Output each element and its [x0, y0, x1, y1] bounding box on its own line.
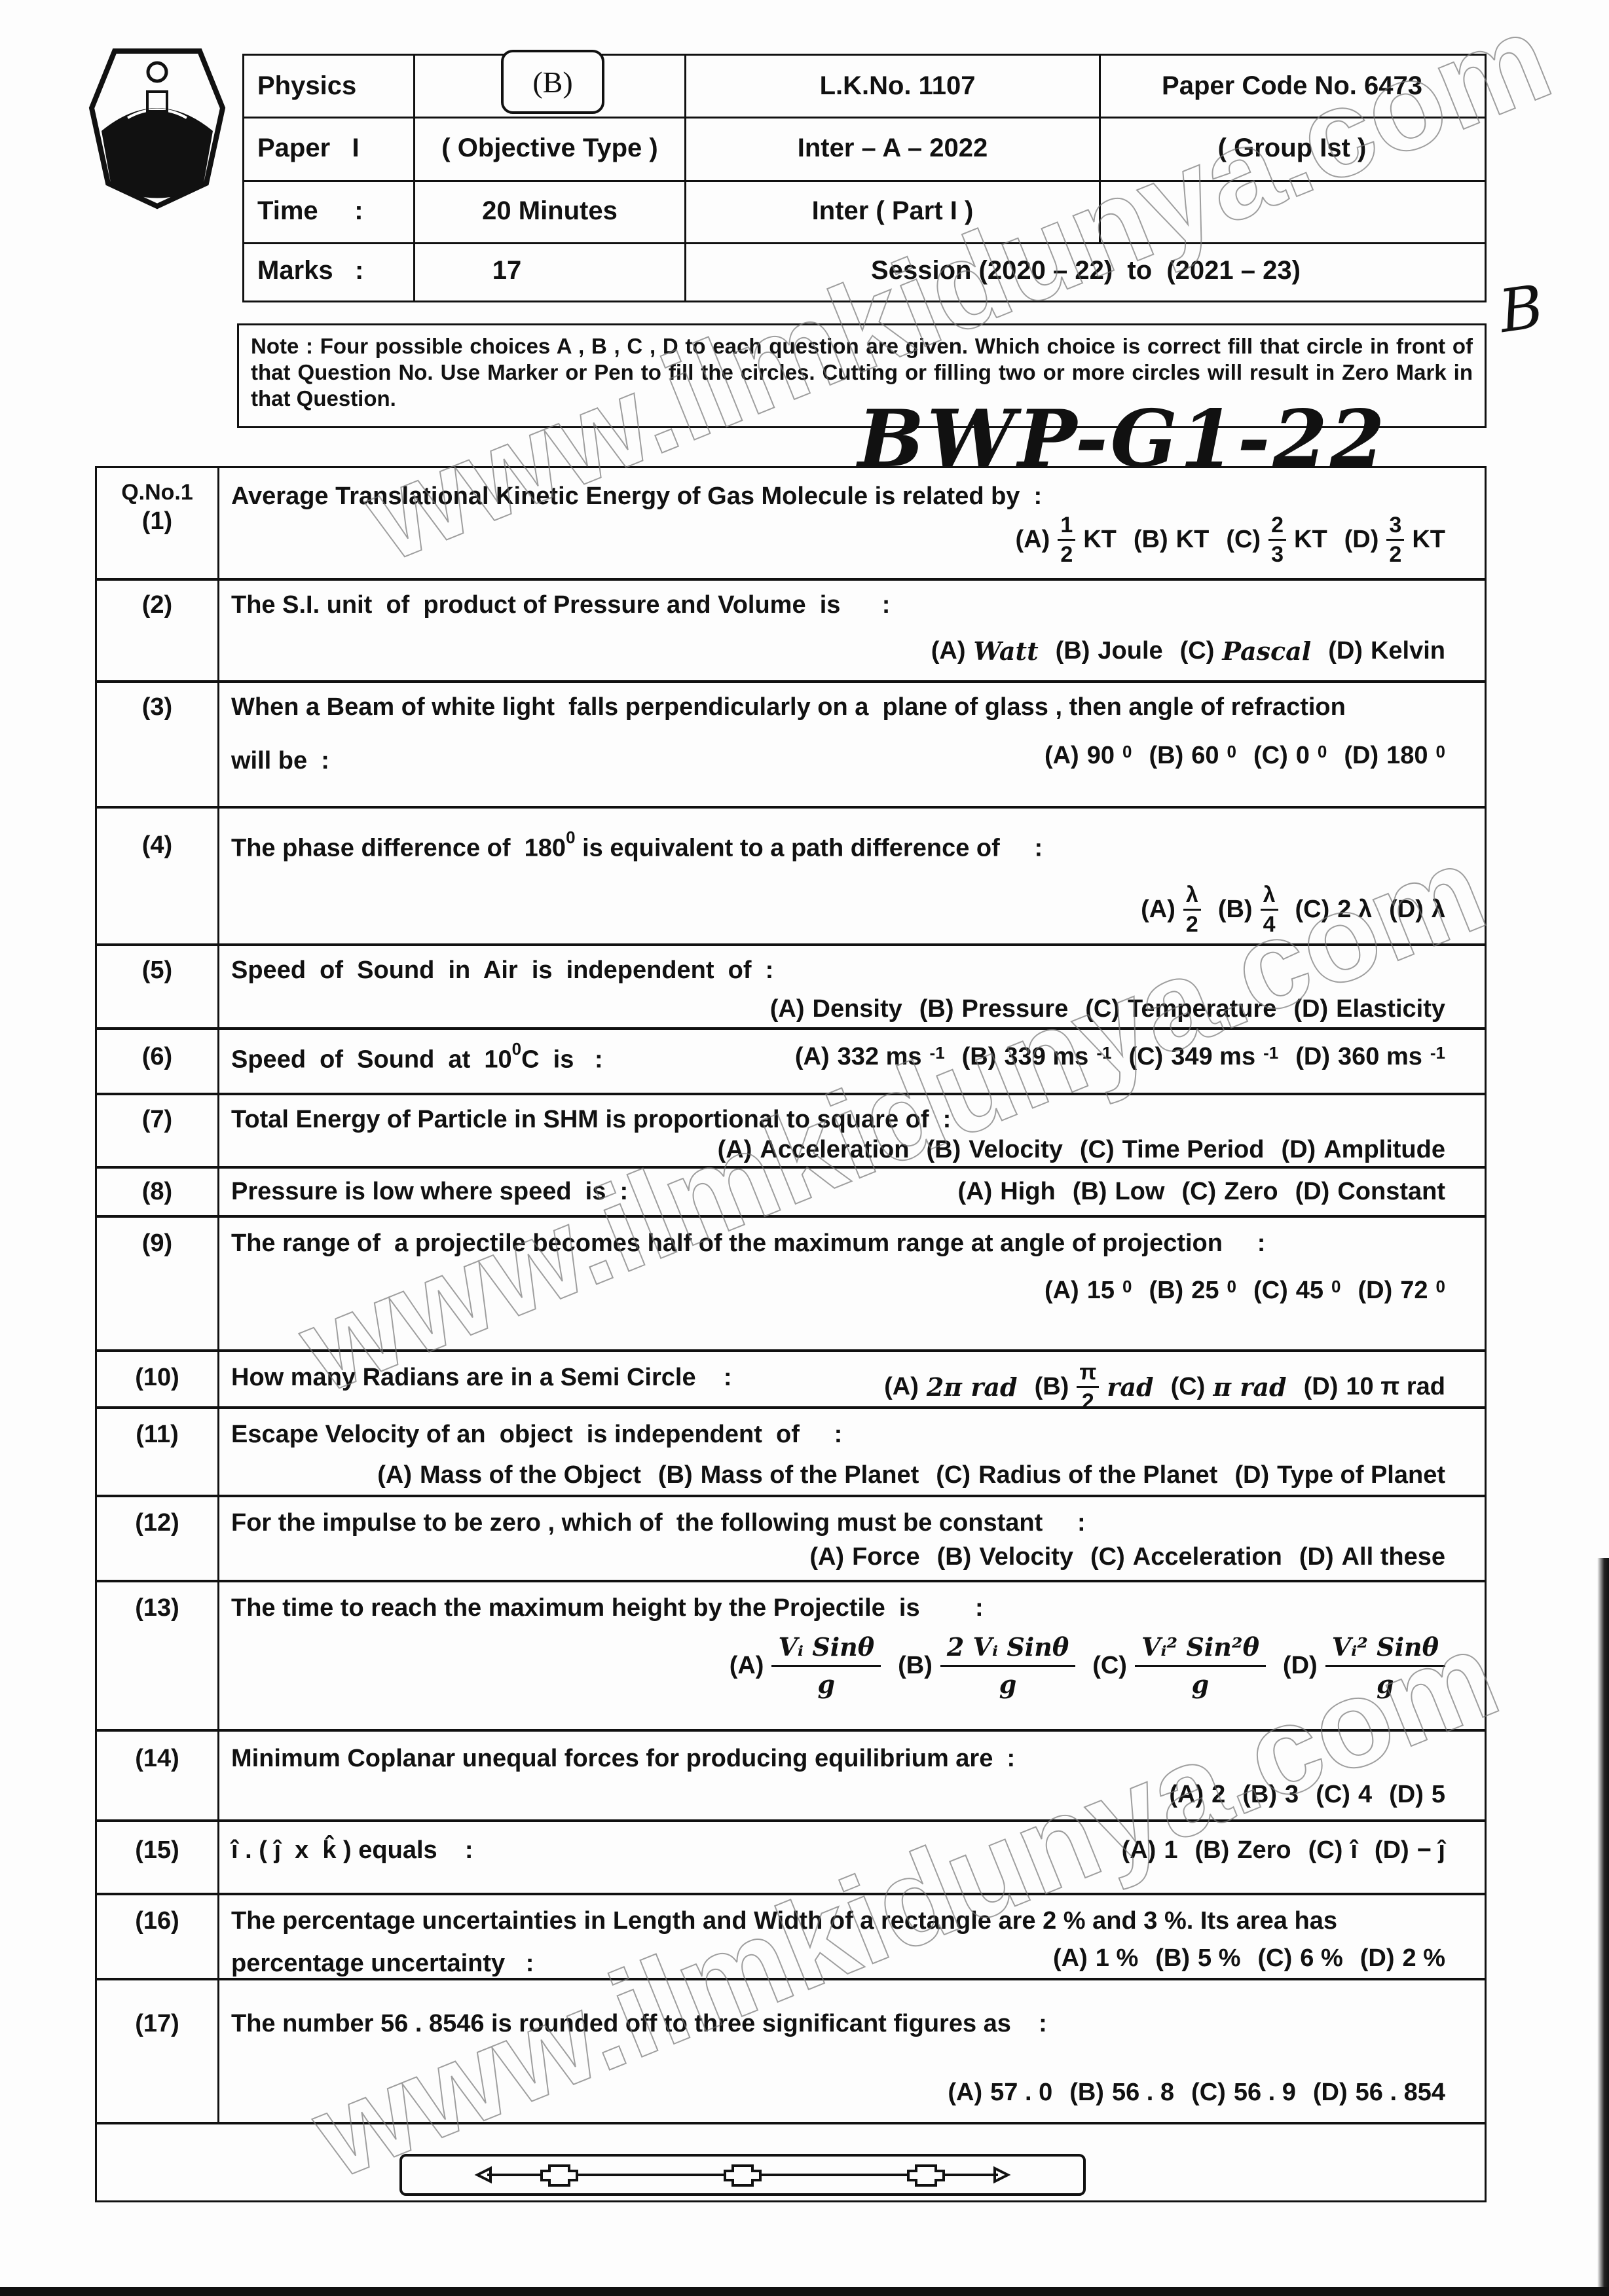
option-value: î	[1350, 1836, 1358, 1865]
option-value: Density	[813, 995, 902, 1023]
question-text: The percentage uncertainties in Length a…	[231, 1907, 1337, 1935]
answer-option[interactable]: (D)λ	[1389, 896, 1445, 924]
exam-name: Inter – A – 2022	[686, 117, 1099, 180]
option-value: Amplitude	[1323, 1136, 1445, 1164]
option-fraction: λ4	[1261, 884, 1278, 936]
fraction-numerator: λ	[1183, 884, 1201, 911]
option-label: (B)	[1035, 1373, 1069, 1401]
answer-option[interactable]: (C)450	[1253, 1277, 1341, 1305]
question-number: (17)	[97, 2010, 217, 2038]
question-text: Speed of Sound at 100C is :	[231, 1043, 603, 1074]
option-label: (A)	[1141, 896, 1175, 924]
option-value: 90	[1087, 742, 1115, 770]
marks-value: 17	[415, 244, 599, 297]
option-superscript: 0	[1436, 1277, 1445, 1297]
answer-option[interactable]: (D)− ĵ	[1375, 1836, 1445, 1865]
question-number: (16)	[97, 1907, 217, 1935]
answer-option[interactable]: (C)î	[1308, 1836, 1358, 1865]
answer-option[interactable]: (C)6 %	[1258, 1944, 1343, 1973]
answer-option[interactable]: (B)Mass of the Planet	[658, 1461, 919, 1489]
fraction-denominator: g	[1377, 1667, 1394, 1697]
answer-option[interactable]: (B)KT	[1134, 526, 1209, 554]
answer-option[interactable]: (B)56 . 8	[1069, 2079, 1174, 2107]
option-value: 360 ms	[1338, 1043, 1422, 1071]
footer-ornament	[399, 2154, 1086, 2196]
option-label: (D)	[1358, 1277, 1392, 1305]
option-value: 2 %	[1403, 1944, 1445, 1973]
option-label: (C)	[1253, 1277, 1288, 1305]
option-value: 1	[1164, 1836, 1177, 1865]
option-superscript: 0	[1122, 742, 1132, 762]
question-row: (8)Pressure is low where speed is :(A)Hi…	[97, 1169, 1485, 1218]
option-value: Kelvin	[1371, 637, 1445, 665]
option-label: (D)	[1234, 1461, 1269, 1489]
answer-options: (A)λ2(B)λ4(C)2 λ(D)λ	[1141, 884, 1445, 936]
option-label: (C)	[1226, 526, 1261, 554]
question-number: (4)	[97, 831, 217, 860]
option-value: Velocity	[969, 1136, 1063, 1164]
option-value: Mass of the Planet	[701, 1461, 919, 1489]
paper-type: ( Objective Type )	[415, 117, 684, 180]
option-value: Joule	[1098, 637, 1162, 665]
option-value: Acceleration	[760, 1136, 909, 1164]
option-value: Velocity	[979, 1543, 1073, 1571]
answer-option[interactable]: (B)Velocity	[926, 1136, 1062, 1164]
option-value: 6 %	[1300, 1944, 1342, 1973]
question-row: (1)Average Translational Kinetic Energy …	[97, 468, 1485, 581]
answer-option[interactable]: (C)π rad	[1171, 1372, 1287, 1402]
option-fraction: Vᵢ² Sinθg	[1325, 1635, 1445, 1697]
question-number: (9)	[97, 1230, 217, 1258]
answer-option[interactable]: (C)23KT	[1226, 514, 1327, 566]
answer-options: (A)Force(B)Velocity(C)Acceleration(D)All…	[809, 1543, 1445, 1571]
option-label: (A)	[1016, 526, 1050, 554]
fraction-numerator: Vᵢ² Sin²θ	[1135, 1635, 1266, 1667]
option-superscript: 0	[1227, 1277, 1236, 1297]
question-text: Escape Velocity of an object is independ…	[231, 1421, 842, 1449]
question-row: (16)The percentage uncertainties in Leng…	[97, 1895, 1485, 1980]
fraction-denominator: 4	[1263, 911, 1276, 936]
option-label: (B)	[898, 1652, 933, 1680]
option-label: (C)	[1085, 995, 1120, 1023]
option-fraction: 12	[1058, 514, 1075, 566]
option-value: Elasticity	[1336, 995, 1445, 1023]
answer-option[interactable]: (B)Zero	[1194, 1836, 1291, 1865]
option-label: (C)	[1191, 2079, 1226, 2107]
question-number: (15)	[97, 1836, 217, 1865]
answer-option[interactable]: (A)2π rad	[884, 1372, 1017, 1402]
question-text-continued: percentage uncertainty :	[231, 1950, 534, 1978]
question-row: (11)Escape Velocity of an object is inde…	[97, 1409, 1485, 1497]
question-row: (7)Total Energy of Particle in SHM is pr…	[97, 1095, 1485, 1169]
option-label: (A)	[1169, 1781, 1204, 1809]
question-number: (1)	[97, 507, 217, 536]
option-label: (D)	[1295, 1178, 1330, 1206]
answer-option[interactable]: (B)Low	[1073, 1178, 1165, 1206]
option-label: (D)	[1283, 1652, 1318, 1680]
board-logo-icon	[88, 46, 226, 210]
answer-option[interactable]: (B)Pressure	[919, 995, 1068, 1023]
session: Session (2020 – 22) to (2021 – 23)	[686, 244, 1485, 297]
question-row: (9)The range of a projectile becomes hal…	[97, 1218, 1485, 1352]
option-label: (D)	[1328, 637, 1363, 665]
option-label: (C)	[1258, 1944, 1293, 1973]
answer-option[interactable]: (C)56 . 9	[1191, 2079, 1296, 2107]
answer-option[interactable]: (D)Amplitude	[1281, 1136, 1445, 1164]
question-row: (5)Speed of Sound in Air is independent …	[97, 946, 1485, 1030]
option-value: λ	[1432, 896, 1445, 924]
question-row: (17)The number 56 . 8546 is rounded off …	[97, 1980, 1485, 2124]
question-number: (8)	[97, 1178, 217, 1206]
option-value: 25	[1191, 1277, 1219, 1305]
option-fraction: 2 Vᵢ Sinθg	[940, 1635, 1075, 1697]
fraction-numerator: Vᵢ² Sinθ	[1325, 1635, 1445, 1667]
answer-option[interactable]: (A)12KT	[1016, 514, 1117, 566]
option-value: 339 ms	[1004, 1043, 1088, 1071]
question-text: Pressure is low where speed is :	[231, 1178, 628, 1206]
group: ( Group Ist )	[1099, 117, 1485, 180]
answer-options: (A)2(B)3(C)4(D)5	[1169, 1781, 1445, 1809]
fraction-numerator: 1	[1058, 514, 1075, 541]
option-value: 332 ms	[838, 1043, 922, 1071]
question-text: Total Energy of Particle in SHM is propo…	[231, 1106, 951, 1134]
answer-option[interactable]: (A)150	[1045, 1277, 1132, 1305]
option-label: (A)	[730, 1652, 764, 1680]
option-value: 15	[1087, 1277, 1115, 1305]
answer-option[interactable]: (A)900	[1045, 742, 1132, 770]
fraction-denominator: g	[1192, 1667, 1210, 1697]
answer-options: (A)Density(B)Pressure(C)Temperature(D)El…	[770, 995, 1445, 1023]
question-row: (13)The time to reach the maximum height…	[97, 1582, 1485, 1732]
option-label: (C)	[1128, 1043, 1163, 1071]
question-number: (12)	[97, 1509, 217, 1537]
fraction-denominator: 2	[1060, 541, 1073, 566]
option-value: Acceleration	[1133, 1543, 1282, 1571]
option-label: (A)	[1045, 742, 1079, 770]
question-text: How many Radians are in a Semi Circle :	[231, 1364, 732, 1392]
question-number: (14)	[97, 1745, 217, 1773]
subject: Physics	[257, 56, 356, 117]
option-suffix: rad	[1107, 1372, 1153, 1402]
answer-option[interactable]: (C)2 λ	[1295, 896, 1373, 924]
option-value: 2π rad	[927, 1372, 1018, 1402]
option-label: (B)	[926, 1136, 961, 1164]
option-value: Force	[852, 1543, 919, 1571]
answer-option[interactable]: (D)720	[1358, 1277, 1445, 1305]
question-text: The range of a projectile becomes half o…	[231, 1230, 1265, 1258]
answer-option[interactable]: (D)56 . 854	[1313, 2079, 1445, 2107]
option-label: (C)	[1090, 1543, 1125, 1571]
option-label: (A)	[770, 995, 805, 1023]
option-label: (B)	[658, 1461, 693, 1489]
option-label: (B)	[1149, 742, 1183, 770]
option-value: 3	[1285, 1781, 1299, 1809]
option-fraction: π2	[1077, 1361, 1099, 1413]
option-label: (B)	[1155, 1944, 1190, 1973]
answer-option[interactable]: (D)32KT	[1344, 514, 1445, 566]
option-value: 5 %	[1198, 1944, 1240, 1973]
answer-options: (A)1 %(B)5 %(C)6 %(D)2 %	[1053, 1944, 1445, 1973]
question-row: (4)The phase difference of 1800 is equiv…	[97, 809, 1485, 946]
question-text: î . ( ĵ x k̂ ) equals :	[231, 1836, 473, 1865]
answer-option[interactable]: (B)Velocity	[937, 1543, 1073, 1571]
answer-option[interactable]: (B)2 Vᵢ Sinθg	[898, 1635, 1075, 1697]
question-row: (14)Minimum Coplanar unequal forces for …	[97, 1732, 1485, 1822]
option-label: (A)	[1045, 1277, 1079, 1305]
option-value: 72	[1400, 1277, 1428, 1305]
answer-option[interactable]: (A)332 ms-1	[795, 1043, 945, 1071]
option-label: (B)	[1069, 2079, 1104, 2107]
question-row: (6)Speed of Sound at 100C is :(A)332 ms-…	[97, 1030, 1485, 1095]
time-value: 20 Minutes	[415, 180, 684, 242]
option-label: (A)	[931, 637, 966, 665]
answer-options: (A)12KT(B)KT(C)23KT(D)32KT	[1016, 514, 1445, 566]
answer-option[interactable]: (B)5 %	[1155, 1944, 1240, 1973]
answer-option[interactable]: (C)Pascal	[1180, 636, 1312, 666]
question-row: (12)For the impulse to be zero , which o…	[97, 1497, 1485, 1582]
answer-options: (A)1(B)Zero(C)î(D)− ĵ	[1122, 1836, 1445, 1865]
option-value: Constant	[1337, 1178, 1445, 1206]
option-value: 349 ms	[1171, 1043, 1255, 1071]
option-label: (B)	[962, 1043, 997, 1071]
option-label: (A)	[948, 2079, 982, 2107]
option-label: (D)	[1389, 896, 1424, 924]
question-text: The phase difference of 1800 is equivale…	[231, 831, 1043, 863]
answer-option[interactable]: (C)Acceleration	[1090, 1543, 1282, 1571]
answer-option[interactable]: (A)Watt	[931, 636, 1039, 666]
question-text: Minimum Coplanar unequal forces for prod…	[231, 1745, 1015, 1773]
option-value: 0	[1296, 742, 1310, 770]
answer-option[interactable]: (C)00	[1253, 742, 1327, 770]
question-text: The time to reach the maximum height by …	[231, 1594, 984, 1622]
fraction-denominator: 2	[1389, 541, 1401, 566]
answer-option[interactable]: (C)4	[1316, 1781, 1372, 1809]
answer-options: (A)Mass of the Object(B)Mass of the Plan…	[377, 1461, 1445, 1489]
fraction-denominator: g	[999, 1667, 1017, 1697]
answer-options: (A)57 . 0(B)56 . 8(C)56 . 9(D)56 . 854	[948, 2079, 1445, 2107]
option-label: (C)	[1181, 1178, 1216, 1206]
answer-option[interactable]: (A)2	[1169, 1781, 1225, 1809]
option-label: (C)	[1253, 742, 1288, 770]
question-number: (3)	[97, 693, 217, 721]
question-text: When a Beam of white light falls perpend…	[231, 693, 1346, 721]
answer-option[interactable]: (C)Zero	[1181, 1178, 1278, 1206]
answer-options: (A)Acceleration(B)Velocity(C)Time Period…	[718, 1136, 1445, 1164]
fraction-numerator: Vᵢ Sinθ	[771, 1635, 881, 1667]
option-label: (C)	[1180, 637, 1215, 665]
answer-option[interactable]: (D)All these	[1299, 1543, 1445, 1571]
answer-option[interactable]: (A)Mass of the Object	[377, 1461, 641, 1489]
answer-option[interactable]: (B)λ4	[1218, 884, 1278, 936]
option-superscript: -1	[1430, 1043, 1445, 1063]
answer-option[interactable]: (D)1800	[1344, 742, 1445, 770]
paper-label: Paper I	[257, 117, 360, 180]
question-number: (7)	[97, 1106, 217, 1134]
option-label: (A)	[958, 1178, 993, 1206]
scan-bottom-edge	[0, 2287, 1609, 2296]
answer-option[interactable]: (A)Vᵢ Sinθg	[730, 1635, 881, 1697]
option-value: Zero	[1237, 1836, 1291, 1865]
option-label: (B)	[1194, 1836, 1229, 1865]
option-value: 1 %	[1096, 1944, 1138, 1973]
option-value: Mass of the Object	[420, 1461, 641, 1489]
answer-option[interactable]: (B)Joule	[1056, 637, 1163, 665]
fraction-denominator: 2	[1186, 911, 1198, 936]
answer-option[interactable]: (D)2 %	[1360, 1944, 1445, 1973]
option-label: (B)	[1218, 896, 1253, 924]
answer-option[interactable]: (A)1	[1122, 1836, 1178, 1865]
option-label: (A)	[1053, 1944, 1088, 1973]
option-label: (C)	[1295, 896, 1330, 924]
time-label: Time :	[257, 180, 363, 242]
option-label: (D)	[1295, 1043, 1330, 1071]
answer-options: (A)332 ms-1(B)339 ms-1(C)349 ms-1(D)360 …	[795, 1043, 1445, 1071]
option-label: (B)	[1134, 526, 1168, 554]
option-label: (D)	[1375, 1836, 1409, 1865]
answer-option[interactable]: (C)Temperature	[1085, 995, 1276, 1023]
option-value: Time Period	[1122, 1136, 1265, 1164]
option-value: Pressure	[962, 995, 1069, 1023]
answer-option[interactable]: (B)600	[1149, 742, 1236, 770]
option-label: (A)	[795, 1043, 830, 1071]
option-label: (D)	[1281, 1136, 1316, 1164]
option-suffix: KT	[1083, 526, 1117, 554]
option-value: Low	[1115, 1178, 1164, 1206]
option-label: (A)	[1122, 1836, 1156, 1865]
question-text: The S.I. unit of product of Pressure and…	[231, 591, 890, 619]
option-superscript: 0	[1122, 1277, 1132, 1297]
option-value: 2	[1211, 1781, 1225, 1809]
answer-option[interactable]: (D)Constant	[1295, 1178, 1445, 1206]
option-label: (C)	[1080, 1136, 1115, 1164]
option-value: Pascal	[1222, 636, 1311, 666]
option-suffix: KT	[1412, 526, 1445, 554]
option-superscript: 0	[1436, 742, 1445, 762]
option-label: (A)	[809, 1543, 844, 1571]
answer-option[interactable]: (A)Density	[770, 995, 902, 1023]
option-label: (B)	[1149, 1277, 1183, 1305]
answer-option[interactable]: (C)349 ms-1	[1128, 1043, 1278, 1071]
fraction-numerator: λ	[1261, 884, 1278, 911]
question-number: (10)	[97, 1364, 217, 1392]
option-value: 4	[1358, 1781, 1372, 1809]
option-label: (C)	[1092, 1652, 1127, 1680]
answer-option[interactable]: (A)57 . 0	[948, 2079, 1052, 2107]
answer-option[interactable]: (B)339 ms-1	[962, 1043, 1112, 1071]
answer-option[interactable]: (B)250	[1149, 1277, 1236, 1305]
answer-option[interactable]: (D)10 π rad	[1304, 1373, 1445, 1401]
option-value: 57 . 0	[990, 2079, 1052, 2107]
option-label: (C)	[1316, 1781, 1350, 1809]
question-number: (2)	[97, 591, 217, 619]
option-value: 56 . 8	[1112, 2079, 1174, 2107]
answer-option[interactable]: (A)Force	[809, 1543, 919, 1571]
option-value: 10 π rad	[1346, 1373, 1445, 1401]
option-superscript: -1	[1096, 1043, 1111, 1063]
option-value: 56 . 9	[1234, 2079, 1296, 2107]
marks-label: Marks :	[257, 244, 363, 297]
option-value: Zero	[1224, 1178, 1278, 1206]
fraction-numerator: 2 Vᵢ Sinθ	[940, 1635, 1075, 1667]
option-value: Type of Planet	[1277, 1461, 1445, 1489]
answer-options: (A)High(B)Low(C)Zero(D)Constant	[958, 1178, 1446, 1206]
option-label: (C)	[1308, 1836, 1343, 1865]
scan-edge	[1597, 1558, 1609, 2296]
option-superscript: 0	[1318, 742, 1327, 762]
option-label: (D)	[1304, 1373, 1339, 1401]
answer-option[interactable]: (D)Elasticity	[1293, 995, 1445, 1023]
question-number: (6)	[97, 1043, 217, 1071]
questions-table: Q.No.1(1)Average Translational Kinetic E…	[95, 466, 1487, 2202]
option-value: 5	[1432, 1781, 1445, 1809]
option-superscript: -1	[1263, 1043, 1278, 1063]
question-text: Speed of Sound in Air is independent of …	[231, 957, 773, 985]
question-number: (11)	[97, 1421, 217, 1449]
option-label: (D)	[1344, 742, 1378, 770]
answer-option[interactable]: (B)π2rad	[1035, 1361, 1154, 1413]
answer-option[interactable]: (D)Type of Planet	[1234, 1461, 1445, 1489]
question-text: The number 56 . 8546 is rounded off to t…	[231, 2010, 1047, 2038]
option-value: 60	[1191, 742, 1219, 770]
answer-options: (A)Vᵢ Sinθg(B)2 Vᵢ Sinθg(C)Vᵢ² Sin²θg(D)…	[730, 1635, 1445, 1697]
question-number: (5)	[97, 957, 217, 985]
option-fraction: λ2	[1183, 884, 1201, 936]
option-fraction: Vᵢ Sinθg	[771, 1635, 881, 1697]
option-value: 180	[1386, 742, 1428, 770]
part: Inter ( Part I )	[686, 180, 1099, 242]
answer-options: (A)150(B)250(C)450(D)720	[1045, 1277, 1445, 1305]
option-label: (D)	[1344, 526, 1379, 554]
option-value: Radius of the Planet	[978, 1461, 1217, 1489]
option-label: (A)	[377, 1461, 412, 1489]
answer-option[interactable]: (C)Time Period	[1080, 1136, 1265, 1164]
option-superscript: -1	[930, 1043, 945, 1063]
option-value: 45	[1296, 1277, 1323, 1305]
handwritten-version-mark: B	[1495, 272, 1547, 346]
question-row: (3)When a Beam of white light falls perp…	[97, 683, 1485, 809]
answer-option[interactable]: (D)360 ms-1	[1295, 1043, 1445, 1071]
answer-option[interactable]: (A)1 %	[1053, 1944, 1138, 1973]
option-value: 2 λ	[1337, 896, 1372, 924]
answer-option[interactable]: (A)Acceleration	[718, 1136, 910, 1164]
option-label: (C)	[936, 1461, 971, 1489]
answer-option[interactable]: (A)λ2	[1141, 884, 1201, 936]
option-value: π rad	[1213, 1372, 1286, 1402]
answer-option[interactable]: (D)5	[1389, 1781, 1445, 1809]
answer-option[interactable]: (C)Vᵢ² Sin²θg	[1092, 1635, 1266, 1697]
option-superscript: 0	[1331, 1277, 1341, 1297]
question-row: (15)î . ( ĵ x k̂ ) equals :(A)1(B)Zero(C…	[97, 1822, 1485, 1895]
question-text: For the impulse to be zero , which of th…	[231, 1509, 1086, 1537]
option-label: (C)	[1171, 1373, 1206, 1401]
option-label: (D)	[1313, 2079, 1348, 2107]
fraction-numerator: 3	[1386, 514, 1404, 541]
fraction-numerator: 2	[1268, 514, 1286, 541]
option-label: (B)	[919, 995, 954, 1023]
answer-option[interactable]: (C)Radius of the Planet	[936, 1461, 1217, 1489]
option-value: High	[1000, 1178, 1055, 1206]
option-suffix: KT	[1294, 526, 1327, 554]
answer-option[interactable]: (B)3	[1242, 1781, 1299, 1809]
answer-option[interactable]: (D)Vᵢ² Sinθg	[1283, 1635, 1445, 1697]
answer-option[interactable]: (A)High	[958, 1178, 1056, 1206]
answer-option[interactable]: (D)Kelvin	[1328, 637, 1445, 665]
option-label: (A)	[884, 1373, 919, 1401]
option-value: KT	[1176, 526, 1210, 554]
option-value: 56 . 854	[1356, 2079, 1445, 2107]
option-label: (D)	[1293, 995, 1328, 1023]
question-row: (2)The S.I. unit of product of Pressure …	[97, 581, 1485, 683]
